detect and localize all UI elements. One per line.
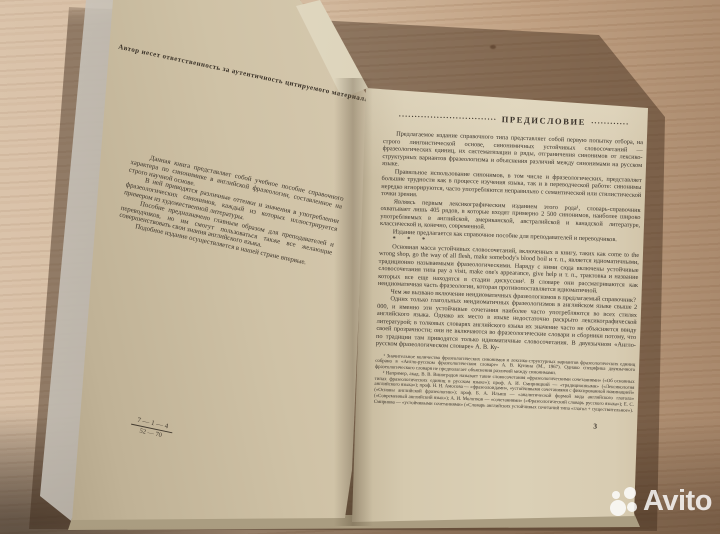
preface-title-row: ······························· ПРЕДИСЛО… [384,110,644,129]
avito-logo-icon [610,487,637,516]
preface-body: Предлагаемое издание справочного типа пр… [376,130,643,356]
preface-title: ПРЕДИСЛОВИЕ [502,114,587,127]
avito-wordmark: Avito [643,487,712,516]
preface-paragraph: Одних только глагольных неидиоматичных ф… [376,295,638,357]
footnotes-block: ¹ Значительное количество фразеологическ… [374,353,636,414]
title-dots-right: ············ [591,118,629,128]
right-page: ······························· ПРЕДИСЛО… [340,80,662,534]
annotation-block: Данная книга представляет собой учебное … [117,151,344,272]
avito-watermark: Avito [610,487,712,516]
right-page-content: ······························· ПРЕДИСЛО… [373,110,644,432]
title-dots-left: ······························· [398,111,496,123]
photo-open-book: Автор несет ответственность за аутентичн… [0,0,720,534]
page-number: 3 [373,413,633,431]
